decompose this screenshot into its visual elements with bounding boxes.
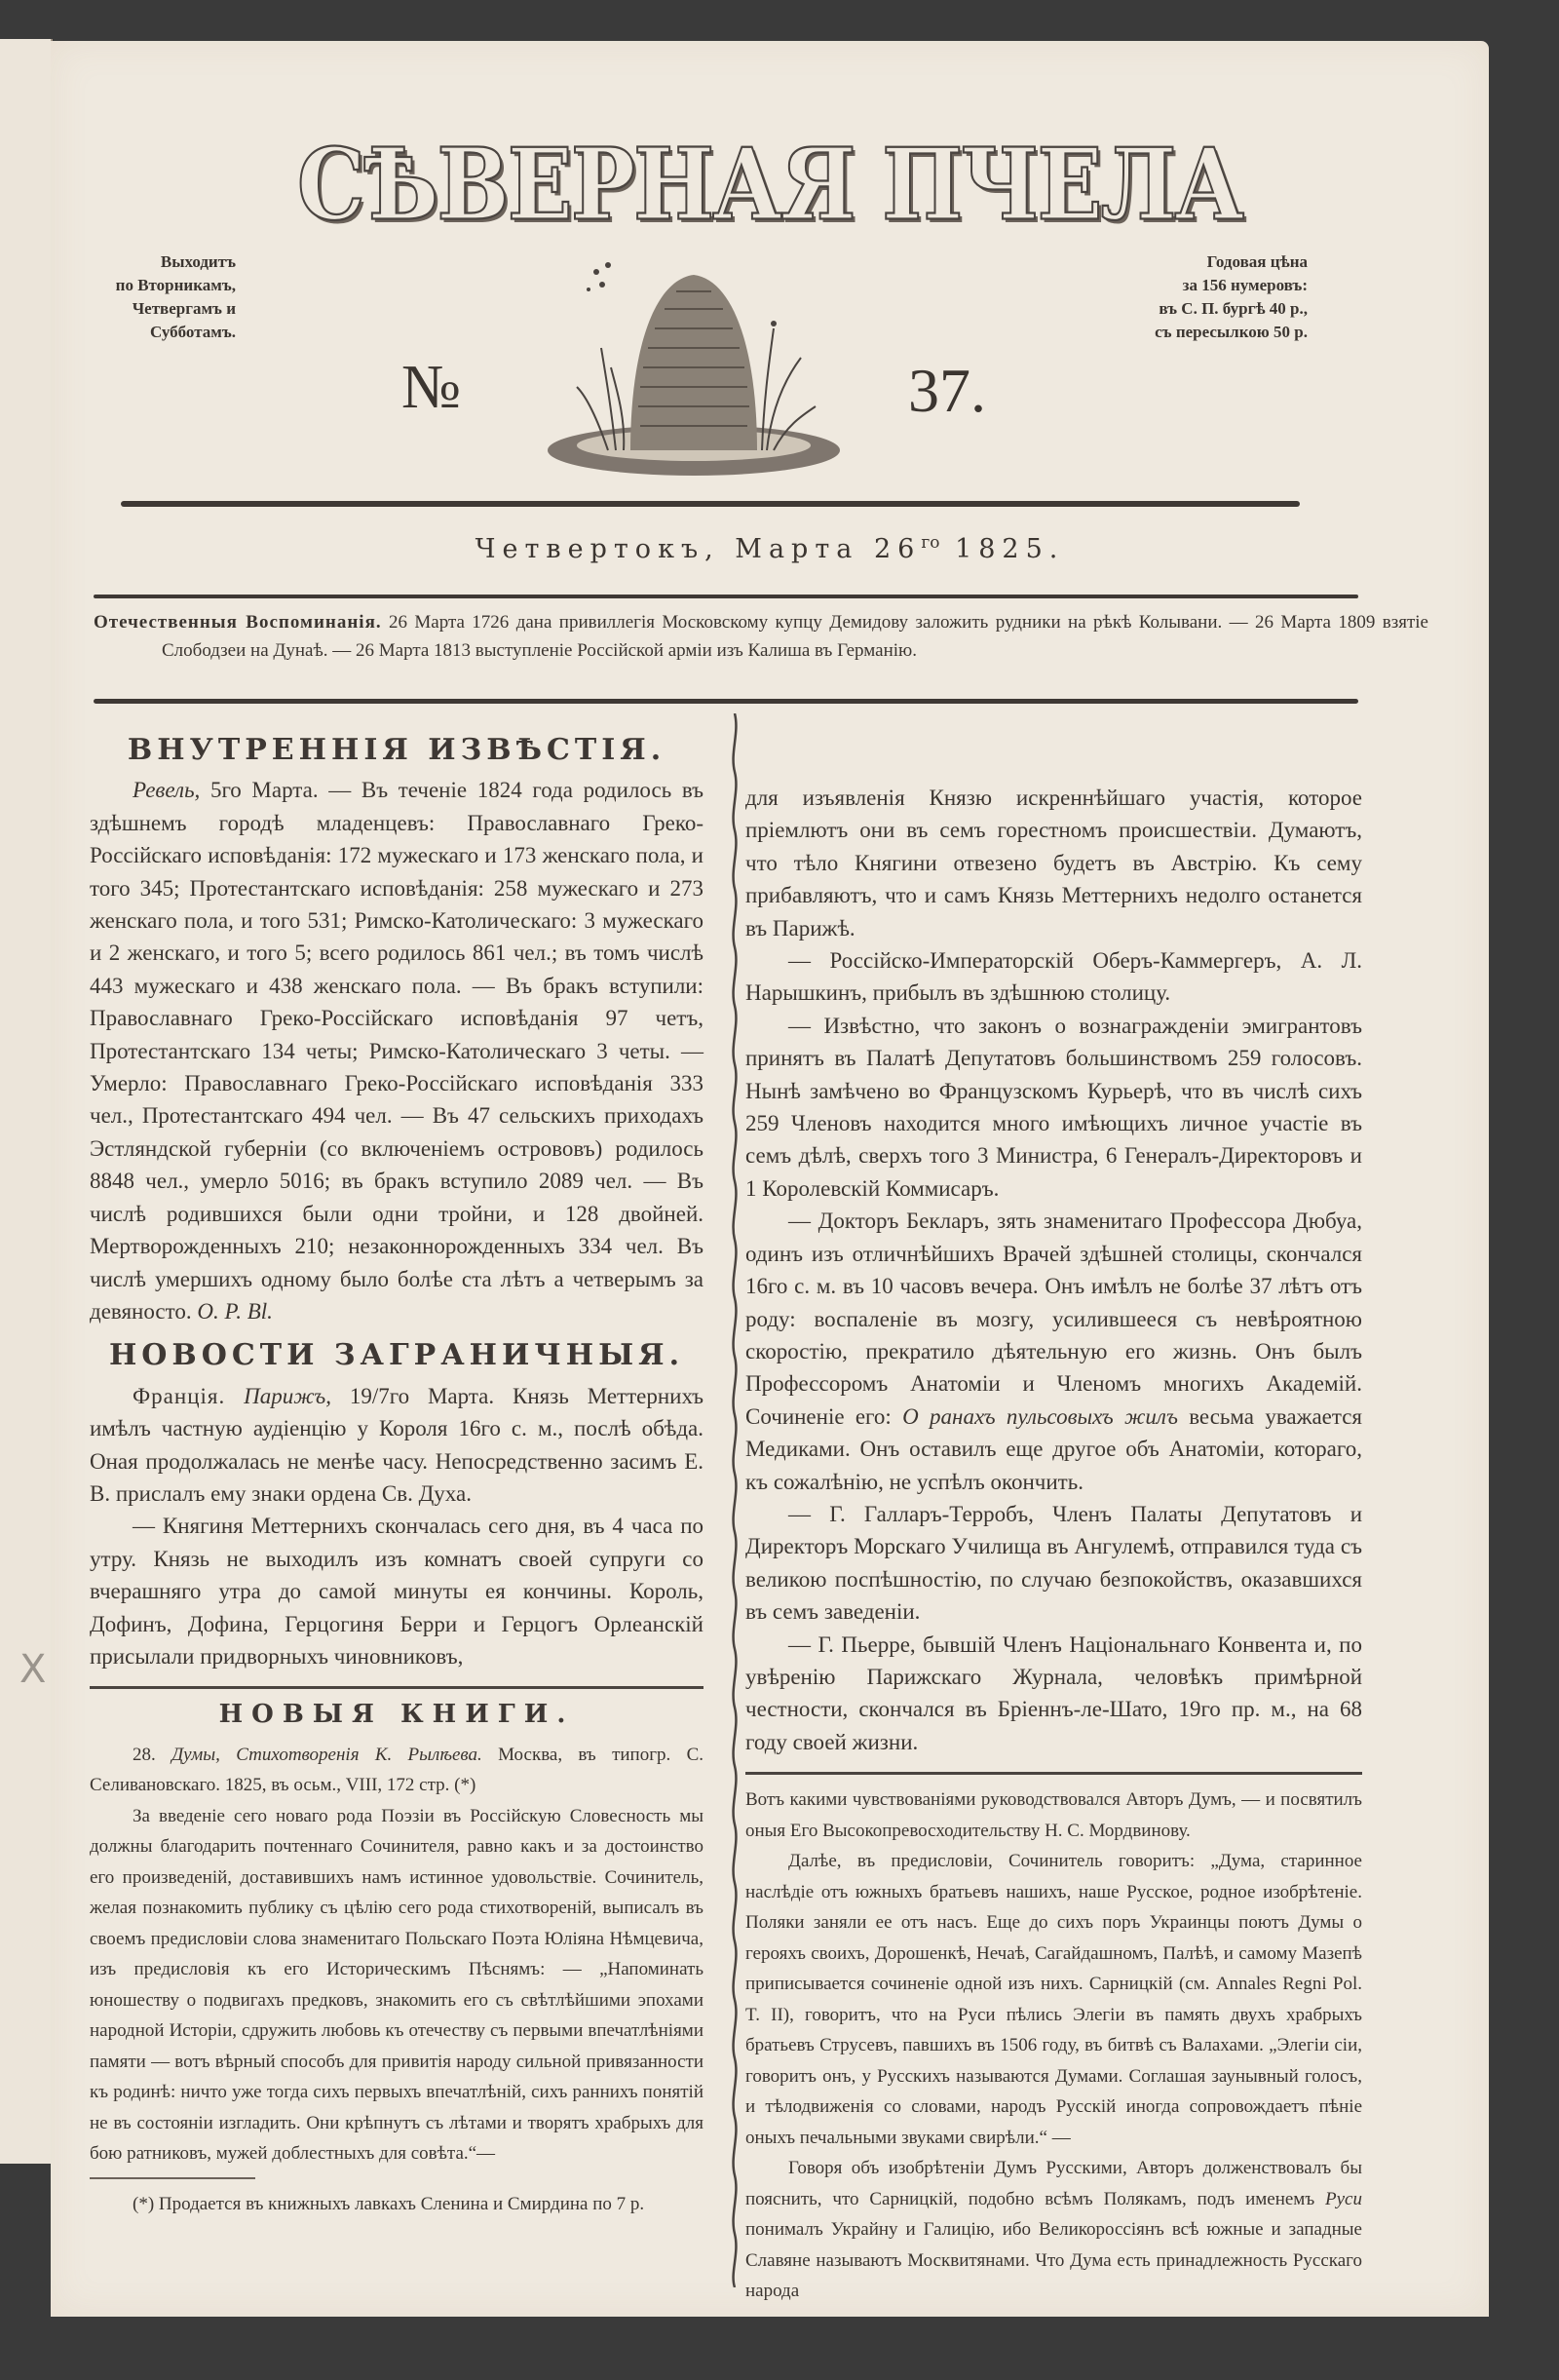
book-review-text: Говоря объ изобрѣтеніи Думъ Русскими, Ав… (745, 2153, 1362, 2307)
article-dateline: 19/7го Марта. (350, 1384, 494, 1408)
book-entry: 28. Думы, Стихотворенія К. Рылѣева. Моск… (90, 1740, 703, 1801)
review-body: Говоря объ изобрѣтеніи Думъ Русскими, Ав… (745, 2158, 1362, 2209)
article-place: Ревель, (133, 778, 200, 802)
issue-number-sign: № (401, 351, 461, 423)
article-dateline: 5го Марта. (210, 778, 319, 802)
date-weekday: Четвертокъ, (475, 534, 720, 564)
date-month: Марта (735, 534, 858, 564)
article-place: Парижъ, (244, 1384, 331, 1408)
national-memories: Отечественныя Воспоминанія. 26 Марта 172… (94, 608, 1428, 665)
newspaper-page: СѢВЕРНАЯ ПЧЕЛА Выходитъ по Вторникамъ, Ч… (51, 41, 1489, 2317)
foreign-news-paragraph: — Извѣстно, что законъ о вознагражденіи … (745, 1010, 1362, 1205)
foreign-news-paragraph: для изъявленія Князю искреннѣйшаго участ… (745, 782, 1362, 944)
foreign-news-heading: НОВОСТИ ЗАГРАНИЧНЫЯ. (90, 1339, 703, 1371)
price-line: съ пересылкою 50 р. (1113, 321, 1308, 344)
previous-page-edge (0, 39, 53, 2164)
price-line: Годовая цѣна (1113, 250, 1308, 274)
italic-term: Руси (1325, 2189, 1362, 2209)
article-body: — Въ теченіе 1824 года родилось въ здѣшн… (90, 778, 703, 1324)
issue-number: 37. (908, 355, 986, 427)
review-body: понималъ Украйну и Галицію, ибо Великоро… (745, 2219, 1362, 2301)
article-signature: О. Р. Bl. (197, 1299, 273, 1324)
book-review-text: Вотъ какими чувствованіями руководствова… (745, 1785, 1362, 1846)
date-year: 1825. (955, 534, 1064, 564)
book-entry-number: 28. (133, 1745, 156, 1765)
schedule-line: Выходитъ (90, 250, 236, 274)
foreign-news-paragraph: — Княгиня Меттернихъ скончалась сего дня… (90, 1510, 703, 1672)
footnote: (*) Продается въ книжныхъ лавкахъ Сленин… (90, 2189, 703, 2220)
foreign-news-paragraph: — Докторъ Бекларъ, зять знаменитаго Проф… (745, 1205, 1362, 1498)
right-column: для изъявленія Князю искреннѣйшаго участ… (745, 782, 1362, 2307)
book-entry-title: Думы, Стихотворенія К. Рылѣева. (171, 1745, 482, 1765)
date-day: 26 (874, 534, 921, 564)
issue-date: Четвертокъ, Марта 26го 1825. (51, 533, 1489, 564)
book-review-text: За введеніе сего новаго рода Поэзіи въ Р… (90, 1801, 703, 2169)
cited-work-title: О ранахъ пульсовыхъ жилъ (902, 1404, 1178, 1429)
schedule-line: Четвергамъ и (90, 297, 236, 321)
foreign-news-paragraph: — Г. Пьерре, бывшій Членъ Національнаго … (745, 1629, 1362, 1759)
schedule-line: по Вторникамъ, (90, 274, 236, 297)
date-day-suffix: го (921, 533, 939, 553)
section-rule (745, 1772, 1362, 1775)
foreign-news-paragraph: Франція. Парижъ, 19/7го Марта. Князь Мет… (90, 1380, 703, 1511)
masthead-title: СѢВЕРНАЯ ПЧЕЛА (51, 126, 1489, 243)
pencil-mark: X (19, 1647, 46, 1692)
article-body: — Докторъ Бекларъ, зять знаменитаго Проф… (745, 1209, 1362, 1428)
price-line: за 156 нумеровъ: (1113, 274, 1308, 297)
section-rule (90, 1686, 703, 1689)
book-review-text: Далѣе, въ предисловіи, Сочинитель говори… (745, 1846, 1362, 2153)
memories-rule (94, 699, 1358, 704)
publication-schedule: Выходитъ по Вторникамъ, Четвергамъ и Суб… (90, 250, 236, 344)
foreign-news-paragraph: — Россійско-Императорскій Оберъ-Каммерге… (745, 944, 1362, 1010)
domestic-news-heading: ВНУТРЕННІЯ ИЗВѢСТІЯ. (90, 734, 703, 766)
masthead-rule (121, 501, 1300, 507)
subscription-price: Годовая цѣна за 156 нумеровъ: въ С. П. б… (1113, 250, 1308, 344)
book-review: 28. Думы, Стихотворенія К. Рылѣева. Моск… (90, 1740, 703, 2220)
price-line: въ С. П. бургѣ 40 р., (1113, 297, 1308, 321)
date-rule (94, 595, 1358, 598)
column-divider (728, 713, 741, 2287)
new-books-heading: НОВЫЯ КНИГИ. (90, 1699, 703, 1731)
foreign-news-paragraph: — Г. Галларъ-Терробъ, Членъ Палаты Депут… (745, 1498, 1362, 1629)
domestic-news-article: Ревель, 5го Марта. — Въ теченіе 1824 год… (90, 774, 703, 1327)
footnote-rule (90, 2177, 255, 2179)
memories-lead: Отечественныя Воспоминанія. (94, 612, 382, 633)
article-country: Франція. (133, 1384, 225, 1408)
beehive-engraving-icon (518, 250, 869, 484)
left-column: ВНУТРЕННІЯ ИЗВѢСТІЯ. Ревель, 5го Марта. … (90, 728, 703, 2219)
book-review-continued: Вотъ какими чувствованіями руководствова… (745, 1785, 1362, 2307)
schedule-line: Субботамъ. (90, 321, 236, 344)
